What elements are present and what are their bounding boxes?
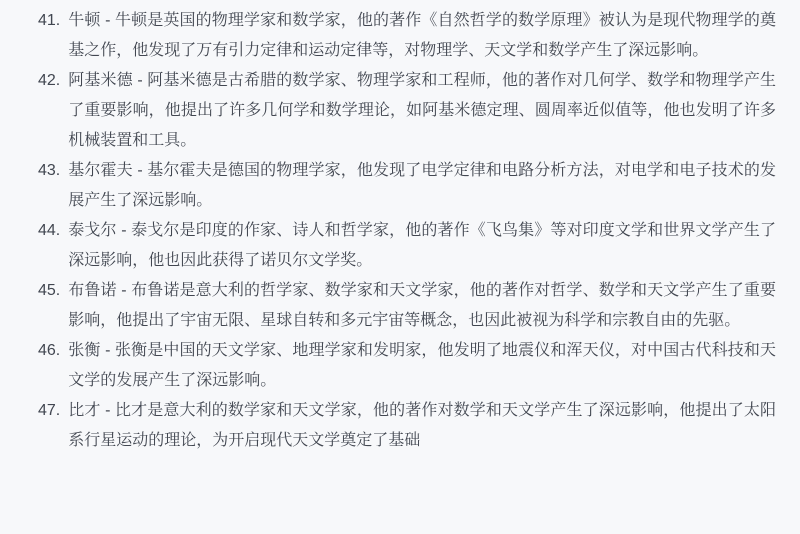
list-item-number: 41. (38, 6, 60, 36)
list-item-text: 基尔霍夫 - 基尔霍夫是德国的物理学家，他发现了电学定律和电路分析方法，对电学和… (68, 156, 776, 216)
list-item-text: 牛顿 - 牛顿是英国的物理学家和数学家，他的著作《自然哲学的数学原理》被认为是现… (68, 6, 776, 66)
list-item-text: 布鲁诺 - 布鲁诺是意大利的哲学家、数学家和天文学家，他的著作对哲学、数学和天文… (68, 276, 776, 336)
list-item-number: 44. (38, 216, 60, 246)
list-item-number: 47. (38, 396, 60, 426)
list-item-number: 45. (38, 276, 60, 306)
list-item: 43. 基尔霍夫 - 基尔霍夫是德国的物理学家，他发现了电学定律和电路分析方法，… (38, 156, 776, 216)
list-item: 42. 阿基米德 - 阿基米德是古希腊的数学家、物理学家和工程师，他的著作对几何… (38, 66, 776, 156)
list-item: 41. 牛顿 - 牛顿是英国的物理学家和数学家，他的著作《自然哲学的数学原理》被… (38, 6, 776, 66)
list-item-text: 比才 - 比才是意大利的数学家和天文学家，他的著作对数学和天文学产生了深远影响，… (68, 396, 776, 456)
numbered-list: 41. 牛顿 - 牛顿是英国的物理学家和数学家，他的著作《自然哲学的数学原理》被… (0, 0, 800, 534)
list-item-number: 46. (38, 336, 60, 366)
list-item-number: 42. (38, 66, 60, 96)
list-item: 45. 布鲁诺 - 布鲁诺是意大利的哲学家、数学家和天文学家，他的著作对哲学、数… (38, 276, 776, 336)
list-item-number: 43. (38, 156, 60, 186)
list-item: 46. 张衡 - 张衡是中国的天文学家、地理学家和发明家，他发明了地震仪和浑天仪… (38, 336, 776, 396)
list-item-text: 阿基米德 - 阿基米德是古希腊的数学家、物理学家和工程师，他的著作对几何学、数学… (68, 66, 776, 156)
list-item-text: 泰戈尔 - 泰戈尔是印度的作家、诗人和哲学家，他的著作《飞鸟集》等对印度文学和世… (68, 216, 776, 276)
list-item: 47. 比才 - 比才是意大利的数学家和天文学家，他的著作对数学和天文学产生了深… (38, 396, 776, 456)
list-item: 44. 泰戈尔 - 泰戈尔是印度的作家、诗人和哲学家，他的著作《飞鸟集》等对印度… (38, 216, 776, 276)
list-item-text: 张衡 - 张衡是中国的天文学家、地理学家和发明家，他发明了地震仪和浑天仪，对中国… (68, 336, 776, 396)
document-page: { "page": { "background_color": "#f7f8fa… (0, 0, 800, 534)
